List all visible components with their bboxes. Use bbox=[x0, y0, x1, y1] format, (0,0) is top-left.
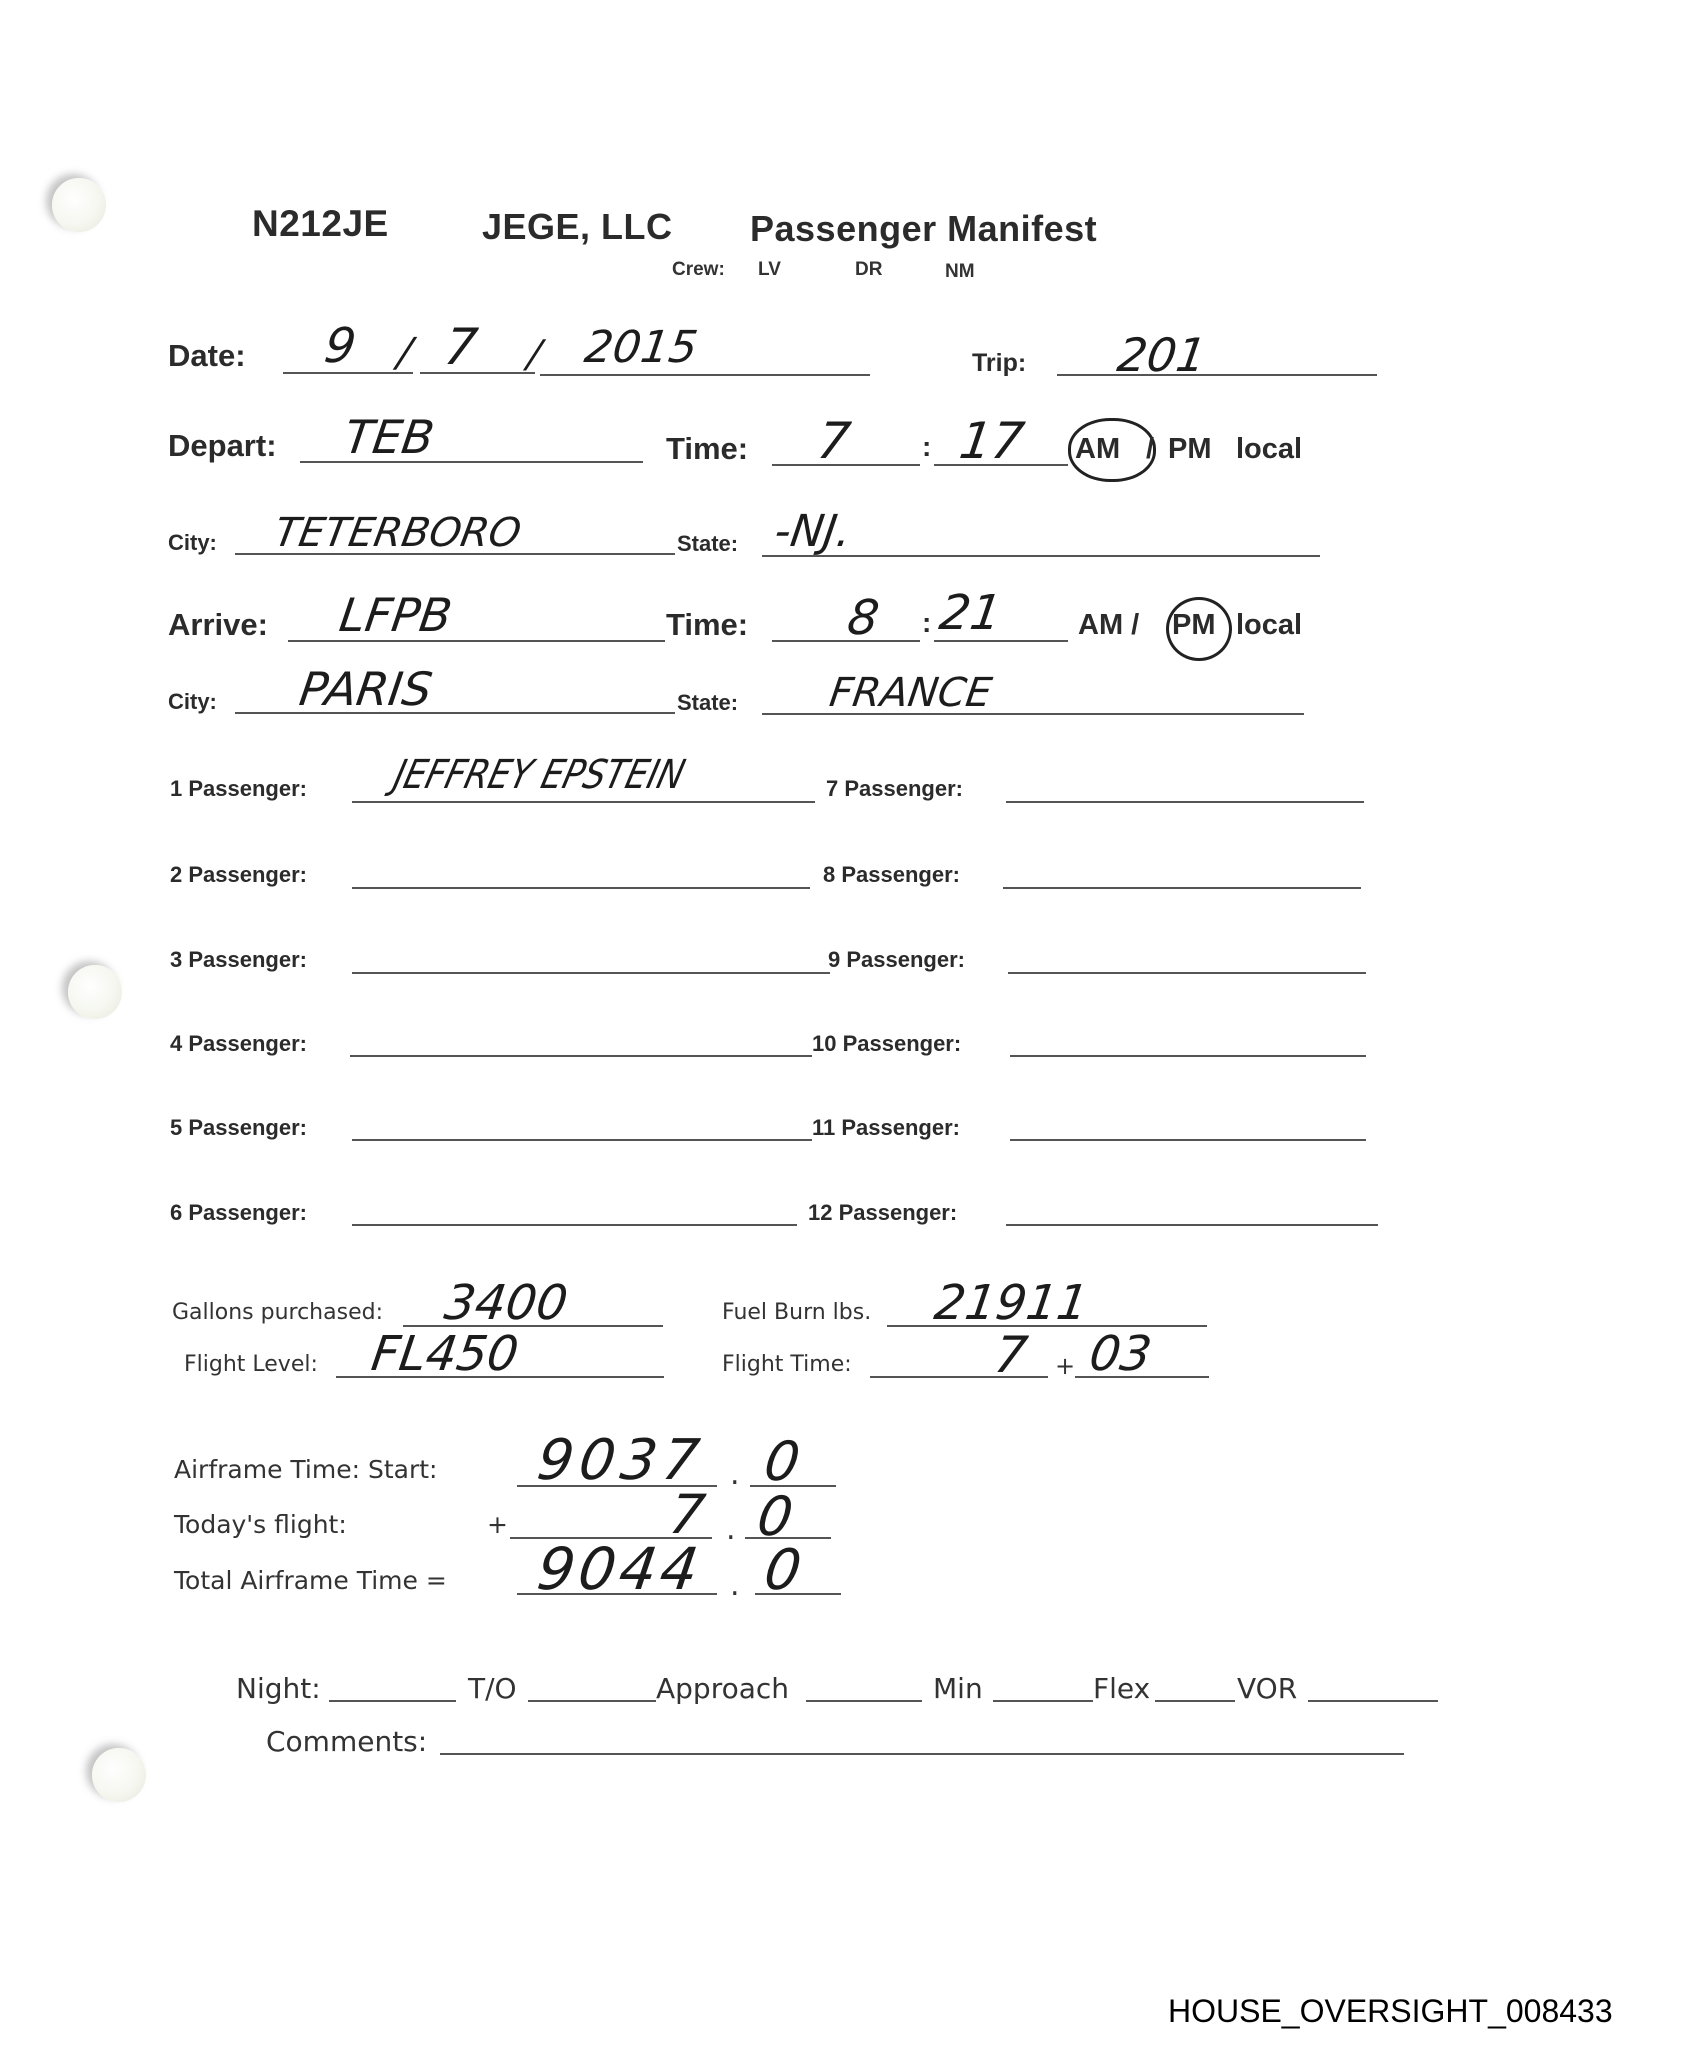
night-label: Night: bbox=[236, 1672, 321, 1705]
bates-number: HOUSE_OVERSIGHT_008433 bbox=[1168, 1993, 1613, 2030]
crew-label: Crew: bbox=[672, 259, 725, 281]
approach-label: Approach bbox=[656, 1672, 789, 1705]
flight-time-minutes-value: 03 bbox=[1086, 1326, 1155, 1382]
vor-label: VOR bbox=[1237, 1672, 1297, 1705]
page-title: Passenger Manifest bbox=[750, 208, 1097, 250]
arrive-city-label: City: bbox=[168, 689, 217, 715]
total-airframe-whole-value: 9044 bbox=[533, 1535, 706, 1603]
passenger-6-field[interactable] bbox=[352, 1224, 797, 1226]
passenger-10-field[interactable] bbox=[1010, 1055, 1366, 1057]
passenger-4-label: 4 Passenger: bbox=[170, 1031, 307, 1057]
arrive-minute-value: 21 bbox=[936, 585, 1005, 641]
depart-minute-value: 17 bbox=[956, 412, 1028, 470]
comments-label: Comments: bbox=[266, 1725, 427, 1758]
arrive-am-option[interactable]: AM / bbox=[1078, 609, 1139, 642]
crew-member-3: NM bbox=[945, 261, 975, 283]
passenger-8-label: 8 Passenger: bbox=[823, 862, 960, 888]
trip-label: Trip: bbox=[972, 349, 1026, 378]
passenger-1-label: 1 Passenger: bbox=[170, 776, 307, 802]
todays-flight-plus: + bbox=[487, 1510, 508, 1539]
depart-state-value: -NJ. bbox=[771, 506, 854, 557]
passenger-11-label: 11 Passenger: bbox=[812, 1115, 960, 1141]
passenger-1-field[interactable] bbox=[352, 801, 815, 803]
tail-number: N212JE bbox=[252, 203, 389, 245]
date-label: Date: bbox=[168, 338, 246, 374]
arrive-state-value: FRANCE bbox=[827, 670, 995, 716]
passenger-7-label: 7 Passenger: bbox=[826, 776, 963, 802]
punch-hole-top bbox=[52, 178, 106, 232]
crew-member-2: DR bbox=[855, 259, 882, 281]
min-label: Min bbox=[933, 1672, 983, 1705]
depart-label: Depart: bbox=[168, 428, 277, 464]
airframe-start-dot: . bbox=[730, 1457, 740, 1492]
min-field[interactable] bbox=[993, 1700, 1093, 1702]
arrive-time-label: Time: bbox=[666, 607, 748, 643]
passenger-3-label: 3 Passenger: bbox=[170, 947, 307, 973]
flex-field[interactable] bbox=[1155, 1700, 1235, 1702]
approach-field[interactable] bbox=[806, 1700, 922, 1702]
depart-am-selected-circle bbox=[1068, 418, 1156, 482]
passenger-9-field[interactable] bbox=[1008, 972, 1366, 974]
passenger-2-field[interactable] bbox=[352, 887, 810, 889]
depart-meridiem-slash: / bbox=[1146, 433, 1154, 466]
date-sep-2: / bbox=[525, 332, 544, 376]
arrive-city-value: PARIS bbox=[296, 662, 435, 716]
takeoff-label: T/O bbox=[468, 1672, 517, 1705]
comments-field[interactable] bbox=[440, 1753, 1404, 1755]
flight-time-label: Flight Time: bbox=[722, 1352, 852, 1377]
arrive-pm-selected-circle bbox=[1166, 597, 1232, 661]
crew-member-1: LV bbox=[758, 259, 781, 281]
flight-level-label: Flight Level: bbox=[184, 1352, 318, 1377]
date-day-value: 7 bbox=[441, 318, 481, 376]
arrive-state-label: State: bbox=[677, 690, 738, 716]
passenger-4-field[interactable] bbox=[350, 1055, 812, 1057]
arrive-label: Arrive: bbox=[168, 607, 268, 643]
passenger-8-field[interactable] bbox=[1003, 887, 1361, 889]
total-airframe-label: Total Airframe Time = bbox=[174, 1566, 447, 1595]
passenger-11-field[interactable] bbox=[1010, 1139, 1366, 1141]
depart-time-colon: : bbox=[922, 431, 931, 463]
date-month-value: 9 bbox=[321, 318, 359, 374]
passenger-5-label: 5 Passenger: bbox=[170, 1115, 307, 1141]
depart-city-label: City: bbox=[168, 530, 217, 556]
passenger-9-label: 9 Passenger: bbox=[828, 947, 965, 973]
arrive-hour-value: 8 bbox=[844, 590, 882, 646]
airframe-start-label: Airframe Time: Start: bbox=[174, 1455, 437, 1484]
gallons-purchased-value: 3400 bbox=[441, 1275, 571, 1331]
punch-hole-middle bbox=[68, 965, 122, 1019]
passenger-3-field[interactable] bbox=[352, 972, 830, 974]
arrive-airport-value: LFPB bbox=[336, 588, 455, 642]
company-name: JEGE, LLC bbox=[482, 206, 673, 248]
punch-hole-bottom bbox=[92, 1748, 146, 1802]
depart-state-label: State: bbox=[677, 531, 738, 557]
takeoff-field[interactable] bbox=[528, 1700, 656, 1702]
flight-level-value: FL450 bbox=[368, 1326, 522, 1382]
passenger-6-label: 6 Passenger: bbox=[170, 1200, 307, 1226]
passenger-5-field[interactable] bbox=[352, 1139, 812, 1141]
date-year-field[interactable] bbox=[540, 374, 870, 376]
passenger-7-field[interactable] bbox=[1006, 801, 1364, 803]
date-day-field[interactable] bbox=[420, 372, 535, 374]
arrive-local-label: local bbox=[1236, 609, 1302, 642]
night-field[interactable] bbox=[329, 1700, 456, 1702]
fuel-burn-value: 21911 bbox=[931, 1275, 1092, 1331]
arrive-time-colon: : bbox=[922, 607, 931, 639]
flex-label: Flex bbox=[1093, 1672, 1150, 1705]
todays-flight-dot: . bbox=[726, 1512, 736, 1547]
trip-field[interactable] bbox=[1057, 374, 1377, 376]
depart-hour-value: 7 bbox=[814, 412, 854, 470]
total-airframe-dot: . bbox=[730, 1568, 740, 1603]
passenger-12-field[interactable] bbox=[1006, 1224, 1378, 1226]
depart-city-value: TETERBORO bbox=[271, 510, 525, 556]
date-year-value: 2015 bbox=[581, 322, 700, 373]
todays-flight-label: Today's flight: bbox=[174, 1510, 347, 1539]
passenger-1-value: JEFFREY EPSTEIN bbox=[389, 752, 689, 798]
passenger-10-label: 10 Passenger: bbox=[812, 1031, 961, 1057]
depart-time-label: Time: bbox=[666, 431, 748, 467]
gallons-purchased-label: Gallons purchased: bbox=[172, 1300, 383, 1325]
passenger-2-label: 2 Passenger: bbox=[170, 862, 307, 888]
fuel-burn-label: Fuel Burn lbs. bbox=[722, 1300, 871, 1325]
vor-field[interactable] bbox=[1308, 1700, 1438, 1702]
date-sep-1: / bbox=[395, 330, 415, 376]
depart-local-label: local bbox=[1236, 433, 1302, 466]
passenger-12-label: 12 Passenger: bbox=[808, 1200, 957, 1226]
airframe-start-decimal-value: 0 bbox=[761, 1430, 804, 1493]
depart-airport-value: TEB bbox=[341, 410, 437, 464]
trip-value: 201 bbox=[1114, 328, 1209, 382]
flight-time-plus: + bbox=[1055, 1352, 1075, 1380]
depart-pm-option[interactable]: PM bbox=[1168, 433, 1212, 466]
